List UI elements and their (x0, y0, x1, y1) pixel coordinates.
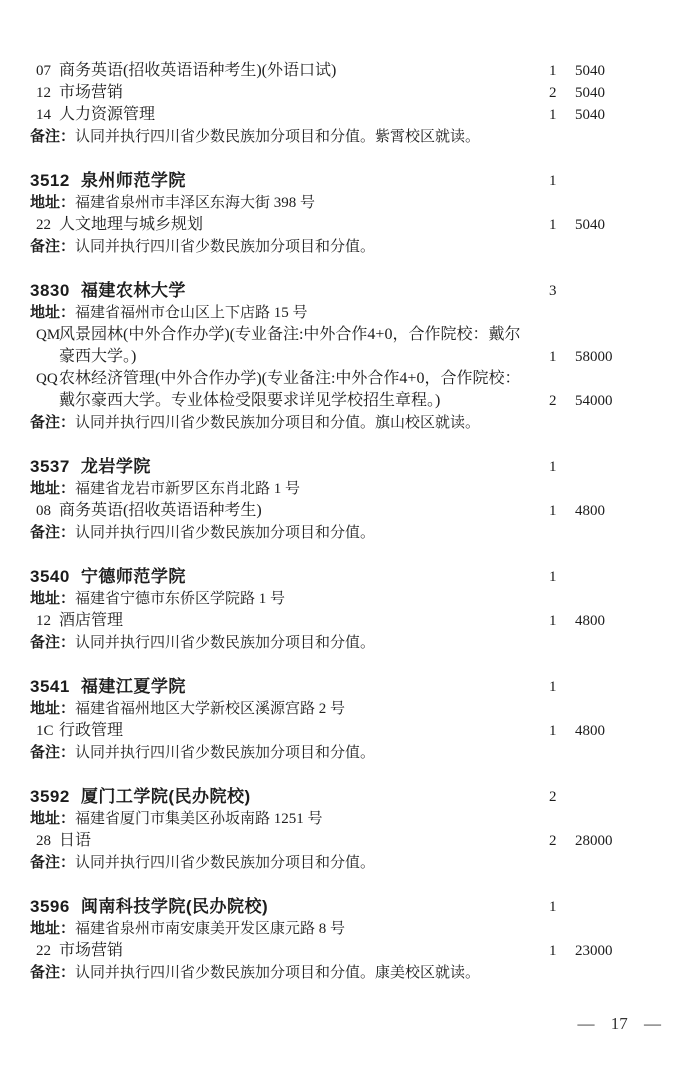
major-row: 28日语 2 28000 (30, 830, 653, 852)
major-fee: 23000 (575, 940, 653, 962)
major-fee: 54000 (575, 390, 653, 412)
school-code: 3537 (30, 457, 70, 476)
remark-row: 备注：认同并执行四川省少数民族加分项目和分值。 (30, 522, 653, 544)
major-row: 08商务英语(招收英语语种考生) 1 4800 (30, 500, 653, 522)
school-code: 3592 (30, 787, 70, 806)
address-text: 福建省泉州市丰泽区东海大街 398 号 (75, 195, 315, 211)
school-section: 3596闽南科技学院(民办院校) 1 地址：福建省泉州市南安康美开发区康元路 8… (30, 896, 653, 984)
major-count: 2 (549, 830, 575, 852)
school-header-row: 3512泉州师范学院 1 (30, 170, 653, 192)
major-code: 12 (36, 610, 51, 632)
remark-label: 备注： (30, 238, 75, 255)
address-label: 地址： (30, 810, 75, 827)
school-section: 3540宁德师范学院 1 地址：福建省宁德市东侨区学院路 1 号 12酒店管理 … (30, 566, 653, 654)
major-fee: 5040 (575, 60, 653, 82)
remark-text: 认同并执行四川省少数民族加分项目和分值。 (75, 855, 375, 871)
school-header-row: 3541福建江夏学院 1 (30, 676, 653, 698)
school-plan-count: 1 (549, 170, 575, 192)
remark-text: 认同并执行四川省少数民族加分项目和分值。紫霄校区就读。 (75, 129, 480, 145)
address-row: 地址：福建省龙岩市新罗区东肖北路 1 号 (30, 478, 653, 500)
major-count: 1 (549, 610, 575, 632)
remark-label: 备注： (30, 744, 75, 761)
school-header-row: 3830福建农林大学 3 (30, 280, 653, 302)
remark-label: 备注： (30, 128, 75, 145)
major-fee: 58000 (575, 346, 653, 368)
major-code: 22 (36, 214, 51, 236)
major-name: 市场营销 (59, 942, 123, 959)
address-text: 福建省泉州市南安康美开发区康元路 8 号 (75, 921, 345, 937)
major-code: 12 (36, 82, 51, 104)
major-fee: 28000 (575, 830, 653, 852)
remark-row: 备注：认同并执行四川省少数民族加分项目和分值。 (30, 632, 653, 654)
remark-text: 认同并执行四川省少数民族加分项目和分值。康美校区就读。 (75, 965, 480, 981)
school-name: 福建农林大学 (81, 281, 186, 300)
major-name: 商务英语(招收英语语种考生)(外语口试) (59, 62, 336, 79)
major-count: 1 (549, 500, 575, 522)
major-code: 1C (36, 720, 54, 742)
school-name: 福建江夏学院 (81, 677, 186, 696)
remark-row: 备注：认同并执行四川省少数民族加分项目和分值。紫霄校区就读。 (30, 126, 653, 148)
address-row: 地址：福建省宁德市东侨区学院路 1 号 (30, 588, 653, 610)
school-code: 3830 (30, 281, 70, 300)
address-label: 地址： (30, 194, 75, 211)
school-section: 07商务英语(招收英语语种考生)(外语口试) 1 5040 12市场营销 2 5… (30, 60, 653, 148)
major-name: 人文地理与城乡规划 (59, 216, 203, 233)
school-name: 龙岩学院 (81, 457, 151, 476)
major-count: 1 (549, 940, 575, 962)
major-fee: 4800 (575, 720, 653, 742)
major-fee: 5040 (575, 214, 653, 236)
school-plan-count: 1 (549, 456, 575, 478)
school-plan-count: 1 (549, 896, 575, 918)
major-row: 14人力资源管理 1 5040 (30, 104, 653, 126)
school-name: 厦门工学院(民办院校) (81, 787, 251, 806)
major-name: 农林经济管理(中外合作办学)(专业备注:中外合作4+0，合作院校： 戴尔豪西大学… (59, 370, 520, 409)
major-fee: 5040 (575, 82, 653, 104)
school-plan-count: 1 (549, 566, 575, 588)
major-fee: 4800 (575, 500, 653, 522)
remark-label: 备注： (30, 964, 75, 981)
major-code: 28 (36, 830, 51, 852)
remark-label: 备注： (30, 414, 75, 431)
school-code: 3596 (30, 897, 70, 916)
major-row: 12市场营销 2 5040 (30, 82, 653, 104)
school-code: 3512 (30, 171, 70, 190)
address-text: 福建省宁德市东侨区学院路 1 号 (75, 591, 285, 607)
major-fee: 4800 (575, 610, 653, 632)
major-code: 14 (36, 104, 51, 126)
document-page: 07商务英语(招收英语语种考生)(外语口试) 1 5040 12市场营销 2 5… (0, 0, 699, 1066)
remark-text: 认同并执行四川省少数民族加分项目和分值。旗山校区就读。 (75, 415, 480, 431)
school-plan-count: 1 (549, 676, 575, 698)
major-row: 07商务英语(招收英语语种考生)(外语口试) 1 5040 (30, 60, 653, 82)
remark-row: 备注：认同并执行四川省少数民族加分项目和分值。 (30, 236, 653, 258)
major-row: QQ农林经济管理(中外合作办学)(专业备注:中外合作4+0，合作院校： 戴尔豪西… (30, 368, 653, 412)
major-row: 22人文地理与城乡规划 1 5040 (30, 214, 653, 236)
remark-row: 备注：认同并执行四川省少数民族加分项目和分值。旗山校区就读。 (30, 412, 653, 434)
major-code: QQ (36, 368, 58, 390)
remark-label: 备注： (30, 524, 75, 541)
address-row: 地址：福建省厦门市集美区孙坂南路 1251 号 (30, 808, 653, 830)
major-count: 1 (549, 104, 575, 126)
remark-text: 认同并执行四川省少数民族加分项目和分值。 (75, 635, 375, 651)
major-count: 1 (549, 720, 575, 742)
school-name: 泉州师范学院 (81, 171, 186, 190)
address-row: 地址：福建省福州市仓山区上下店路 15 号 (30, 302, 653, 324)
school-header-row: 3537龙岩学院 1 (30, 456, 653, 478)
school-name: 闽南科技学院(民办院校) (81, 897, 268, 916)
address-label: 地址： (30, 590, 75, 607)
address-row: 地址：福建省福州地区大学新校区溪源宫路 2 号 (30, 698, 653, 720)
major-row: 22市场营销 1 23000 (30, 940, 653, 962)
major-count: 1 (549, 214, 575, 236)
school-name: 宁德师范学院 (81, 567, 186, 586)
remark-row: 备注：认同并执行四川省少数民族加分项目和分值。 (30, 852, 653, 874)
address-text: 福建省龙岩市新罗区东肖北路 1 号 (75, 481, 300, 497)
school-header-row: 3596闽南科技学院(民办院校) 1 (30, 896, 653, 918)
major-count: 2 (549, 82, 575, 104)
major-name: 风景园林(中外合作办学)(专业备注:中外合作4+0，合作院校：戴尔 豪西大学。) (59, 326, 520, 365)
address-label: 地址： (30, 700, 75, 717)
school-section: 3830福建农林大学 3 地址：福建省福州市仓山区上下店路 15 号 QM风景园… (30, 280, 653, 434)
school-section: 3541福建江夏学院 1 地址：福建省福州地区大学新校区溪源宫路 2 号 1C行… (30, 676, 653, 764)
remark-text: 认同并执行四川省少数民族加分项目和分值。 (75, 745, 375, 761)
major-count: 2 (549, 390, 575, 412)
address-text: 福建省厦门市集美区孙坂南路 1251 号 (75, 811, 323, 827)
school-header-row: 3592厦门工学院(民办院校) 2 (30, 786, 653, 808)
address-row: 地址：福建省泉州市丰泽区东海大街 398 号 (30, 192, 653, 214)
remark-label: 备注： (30, 634, 75, 651)
major-row: 12酒店管理 1 4800 (30, 610, 653, 632)
major-code: QM (36, 324, 60, 346)
major-name: 人力资源管理 (59, 106, 155, 123)
address-text: 福建省福州市仓山区上下店路 15 号 (75, 305, 308, 321)
major-row: QM风景园林(中外合作办学)(专业备注:中外合作4+0，合作院校：戴尔 豪西大学… (30, 324, 653, 368)
remark-label: 备注： (30, 854, 75, 871)
school-section: 3512泉州师范学院 1 地址：福建省泉州市丰泽区东海大街 398 号 22人文… (30, 170, 653, 258)
major-name: 商务英语(招收英语语种考生) (59, 502, 262, 519)
school-section: 3592厦门工学院(民办院校) 2 地址：福建省厦门市集美区孙坂南路 1251 … (30, 786, 653, 874)
major-name: 市场营销 (59, 84, 123, 101)
remark-text: 认同并执行四川省少数民族加分项目和分值。 (75, 525, 375, 541)
address-label: 地址： (30, 304, 75, 321)
major-name: 行政管理 (59, 722, 123, 739)
major-fee: 5040 (575, 104, 653, 126)
school-header-row: 3540宁德师范学院 1 (30, 566, 653, 588)
remark-row: 备注：认同并执行四川省少数民族加分项目和分值。康美校区就读。 (30, 962, 653, 984)
school-section: 3537龙岩学院 1 地址：福建省龙岩市新罗区东肖北路 1 号 08商务英语(招… (30, 456, 653, 544)
remark-text: 认同并执行四川省少数民族加分项目和分值。 (75, 239, 375, 255)
address-text: 福建省福州地区大学新校区溪源宫路 2 号 (75, 701, 345, 717)
page-number: — 17 — (578, 1014, 662, 1034)
address-label: 地址： (30, 920, 75, 937)
school-code: 3540 (30, 567, 70, 586)
major-code: 07 (36, 60, 51, 82)
address-label: 地址： (30, 480, 75, 497)
school-plan-count: 2 (549, 786, 575, 808)
major-name: 酒店管理 (59, 612, 123, 629)
major-count: 1 (549, 346, 575, 368)
school-code: 3541 (30, 677, 70, 696)
major-row: 1C行政管理 1 4800 (30, 720, 653, 742)
school-plan-count: 3 (549, 280, 575, 302)
major-count: 1 (549, 60, 575, 82)
major-name: 日语 (59, 832, 91, 849)
major-code: 08 (36, 500, 51, 522)
address-row: 地址：福建省泉州市南安康美开发区康元路 8 号 (30, 918, 653, 940)
remark-row: 备注：认同并执行四川省少数民族加分项目和分值。 (30, 742, 653, 764)
major-code: 22 (36, 940, 51, 962)
